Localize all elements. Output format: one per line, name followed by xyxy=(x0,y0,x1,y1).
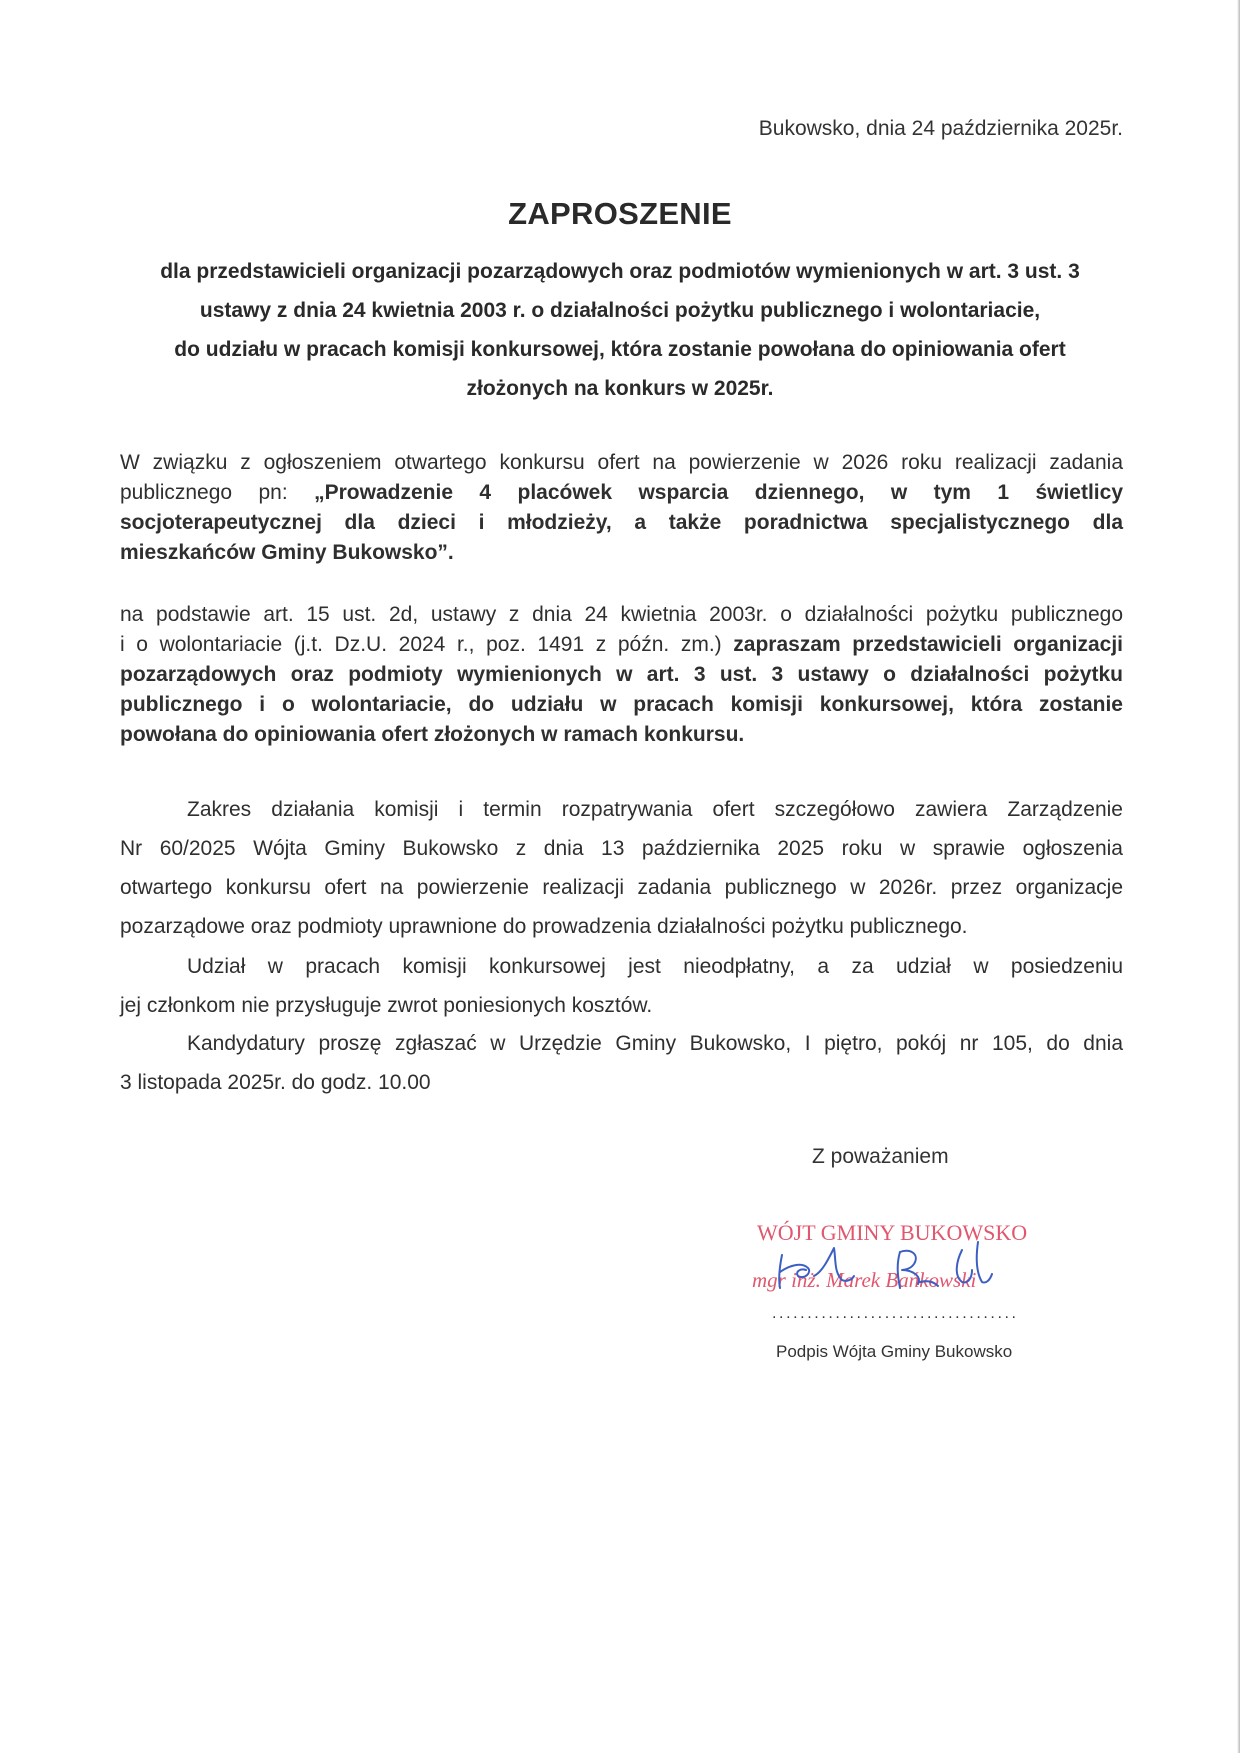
paragraph-line: Zakres działania komisji i termin rozpat… xyxy=(120,790,1123,829)
paragraph-submission: Kandydatury proszę zgłaszać w Urzędzie G… xyxy=(120,1024,1123,1102)
paragraph-scope: Zakres działania komisji i termin rozpat… xyxy=(120,790,1123,946)
paragraph-line: na podstawie art. 15 ust. 2d, ustawy z d… xyxy=(120,600,1123,630)
invitation-bold: powołana do opiniowania ofert złożonych … xyxy=(120,720,1123,750)
invitation-bold: zapraszam przedstawicieli organizacji xyxy=(733,633,1123,656)
task-name-bold: „Prowadzenie 4 placówek wsparcia dzienne… xyxy=(314,481,1123,504)
place-date: Bukowsko, dnia 24 października 2025r. xyxy=(759,117,1123,141)
invitation-bold: pozarządowych oraz podmioty wymienionych… xyxy=(120,660,1123,690)
paragraph-line: pozarządowe oraz podmioty uprawnione do … xyxy=(120,907,1123,946)
document-title: ZAPROSZENIE xyxy=(0,196,1240,232)
subtitle-line: ustawy z dnia 24 kwietnia 2003 r. o dzia… xyxy=(120,291,1120,330)
closing-salutation: Z poważaniem xyxy=(812,1145,949,1169)
paragraph-line: Kandydatury proszę zgłaszać w Urzędzie G… xyxy=(120,1024,1123,1063)
task-name-bold: socjoterapeutycznej dla dzieci i młodzie… xyxy=(120,508,1123,538)
paragraph-unpaid: Udział w pracach komisji konkursowej jes… xyxy=(120,947,1123,1025)
subtitle-line: do udziału w pracach komisji konkursowej… xyxy=(120,330,1120,369)
paragraph-line: publicznego pn: „Prowadzenie 4 placówek … xyxy=(120,478,1123,508)
paragraph-line: Nr 60/2025 Wójta Gminy Bukowsko z dnia 1… xyxy=(120,829,1123,868)
paragraph-line: otwartego konkursu ofert na powierzenie … xyxy=(120,868,1123,907)
task-name-bold: mieszkańców Gminy Bukowsko”. xyxy=(120,538,1123,568)
invitation-bold: publicznego i o wolontariacie, do udział… xyxy=(120,690,1123,720)
text-regular: i o wolontariacie (j.t. Dz.U. 2024 r., p… xyxy=(120,633,733,656)
paragraph-line: 3 listopada 2025r. do godz. 10.00 xyxy=(120,1063,1123,1102)
text-regular: publicznego pn: xyxy=(120,481,314,504)
signature-line: ................................... xyxy=(772,1305,1019,1323)
document-subtitle: dla przedstawicieli organizacji pozarząd… xyxy=(120,252,1120,408)
paragraph-line: i o wolontariacie (j.t. Dz.U. 2024 r., p… xyxy=(120,630,1123,660)
subtitle-line: złożonych na konkurs w 2025r. xyxy=(120,369,1120,408)
paragraph-announcement: W związku z ogłoszeniem otwartego konkur… xyxy=(120,448,1123,568)
subtitle-line: dla przedstawicieli organizacji pozarząd… xyxy=(120,252,1120,291)
handwritten-signature-icon xyxy=(750,1210,1030,1310)
paragraph-line: jej członkom nie przysługuje zwrot ponie… xyxy=(120,986,1123,1025)
official-stamp: WÓJT GMINY BUKOWSKO mgr inż. Marek Bańko… xyxy=(750,1210,1030,1310)
paragraph-line: Udział w pracach komisji konkursowej jes… xyxy=(120,947,1123,986)
paragraph-legal-basis: na podstawie art. 15 ust. 2d, ustawy z d… xyxy=(120,600,1123,750)
signature-caption: Podpis Wójta Gminy Bukowsko xyxy=(776,1342,1012,1362)
document-page: Bukowsko, dnia 24 października 2025r. ZA… xyxy=(0,0,1240,1753)
paragraph-line: W związku z ogłoszeniem otwartego konkur… xyxy=(120,448,1123,478)
